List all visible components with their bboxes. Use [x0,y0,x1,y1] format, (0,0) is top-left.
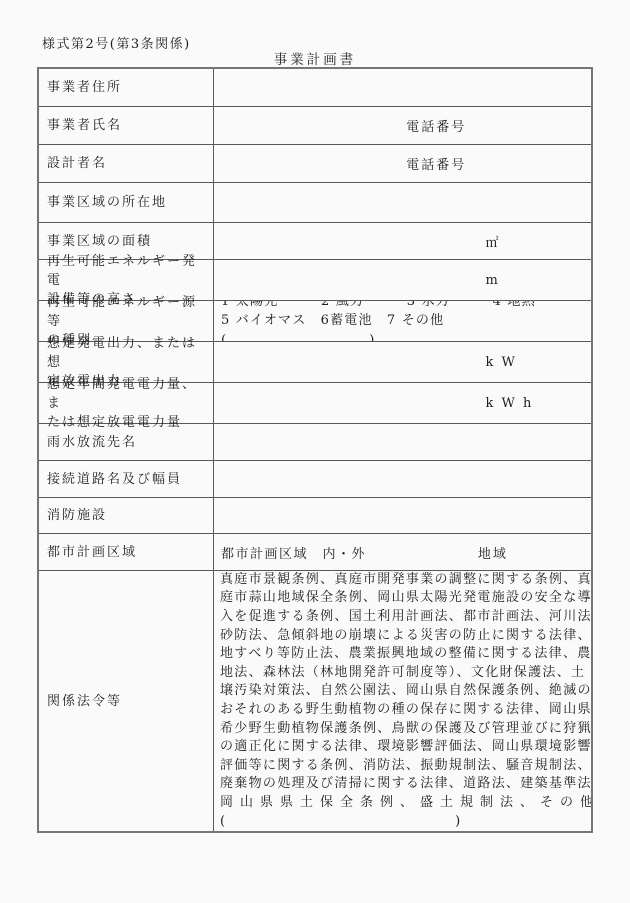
row-value [214,498,591,533]
row-label: 想定年間発電電力量、ま たは想定放電電力量 [39,383,214,423]
energy-source-options: 1 太陽光 2 風力 3 水力 4 地熱 5 バイオマス 6蓄電池 7 その他 … [214,301,591,341]
kwh-unit-label: k W h [485,396,533,411]
row-value: k W h [214,383,591,423]
row-business-name: 事業者氏名 電話番号 [39,107,591,145]
row-designer-name: 設計者名 電話番号 [39,145,591,183]
city-planning-inside-outside-label: 都市計画区域 内・外 [221,543,366,562]
row-value: m [214,260,591,300]
row-site-location: 事業区域の所在地 [39,183,591,223]
row-related-laws: 関係法令等 真庭市景観条例、真庭市開発事業の調整に関する条例、真庭市蒜山地域保全… [39,571,591,831]
row-label: 事業区域の所在地 [39,183,214,222]
business-plan-table: 事業者住所 事業者氏名 電話番号 設計者名 電話番号 事業区域の所在地 事業区域… [37,67,593,833]
row-value: 電話番号 [214,107,591,144]
district-suffix-label: 地域 [478,543,508,562]
row-city-planning-area: 都市計画区域 都市計画区域 内・外 地域 [39,534,591,571]
phone-number-label: 電話番号 [406,116,466,135]
row-value [214,424,591,460]
meter-unit-label: m [485,273,499,288]
row-value: ㎡ [214,223,591,259]
row-rainwater-outlet: 雨水放流先名 [39,424,591,461]
row-label: 消防施設 [39,498,214,533]
square-meter-unit-label: ㎡ [485,232,500,251]
row-value [214,183,591,222]
row-connecting-road: 接続道路名及び幅員 [39,461,591,498]
row-label: 関係法令等 [39,571,214,831]
phone-number-label: 電話番号 [406,154,466,173]
kw-unit-label: k W [485,355,516,370]
row-value: 都市計画区域 内・外 地域 [214,534,591,570]
row-value [214,69,591,106]
business-plan-document-page: 様式第2号(第3条関係) 事業計画書 事業者住所 事業者氏名 電話番号 設計者名… [0,0,630,903]
row-label: 接続道路名及び幅員 [39,461,214,497]
document-title: 事業計画書 [0,48,630,68]
row-label: 設計者名 [39,145,214,182]
row-value [214,461,591,497]
row-business-address: 事業者住所 [39,69,591,107]
row-label: 雨水放流先名 [39,424,214,460]
row-value: 電話番号 [214,145,591,182]
related-laws-text: 真庭市景観条例、真庭市開発事業の調整に関する条例、真庭市蒜山地域保全条例、岡山県… [214,571,591,831]
row-label: 都市計画区域 [39,534,214,570]
row-value: k W [214,342,591,382]
row-label: 事業者氏名 [39,107,214,144]
row-fire-facilities: 消防施設 [39,498,591,534]
row-label: 事業者住所 [39,69,214,106]
row-expected-annual-energy: 想定年間発電電力量、ま たは想定放電電力量 k W h [39,383,591,424]
